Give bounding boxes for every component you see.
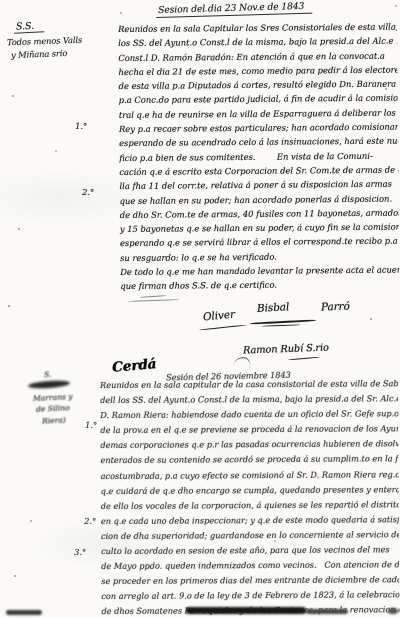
bottom-ink-smudge: [388, 608, 398, 614]
body-line: acostumbrada, p.a cuyo efecto se comisio…: [101, 467, 399, 484]
signature-flourish: [288, 357, 320, 361]
session2-item-number-1: 1.°: [85, 421, 97, 431]
margin-ink-blob: [28, 380, 70, 390]
signature-bisbal: Bisbal: [257, 301, 290, 315]
signature-flourish: [128, 299, 180, 302]
paper-specks: [12, 95, 14, 97]
session1-item-number-1: 1.°: [75, 122, 87, 132]
signature-flourish: [140, 295, 166, 298]
session1-heading: Sesion del dia 23 Nov.e de 1843: [156, 1, 313, 18]
margin-note-illegible-4: Riera): [42, 415, 66, 425]
margin-note-illegible-2: Marrans y: [33, 392, 73, 403]
margin-note-illegible-3: de Silino: [36, 403, 70, 414]
session1-item-number-2: 2.°: [82, 188, 94, 198]
signature-parro: Parró: [321, 301, 350, 314]
bottom-ink-smudge: [6, 610, 42, 615]
body-line: De todo lo q.e me han mandado levantar l…: [120, 263, 399, 280]
session2-side-word: Cerdá: [111, 356, 156, 376]
session1-body: Reunidos en la sala Capitular los Sres C…: [118, 20, 399, 294]
body-line: de ello los vocales de la corporacion, á…: [101, 497, 399, 514]
session2-item-number-2: 2.°: [84, 517, 96, 527]
signature-secretary: Ramon Rubí S.rio: [243, 343, 329, 357]
session1-margin-attendees-heading: S.S.: [14, 20, 45, 34]
session2-item-number-3: 3.°: [74, 548, 86, 558]
bottom-ink-smudge: [306, 609, 348, 614]
body-line: enterados de su contenido se acordó se p…: [100, 452, 398, 469]
body-line: esperando q.e se servirá librar á ellos …: [120, 234, 399, 251]
signature-oliver: Oliver: [203, 309, 236, 324]
body-line: q.e cuidará de q.e dho encargo se cumpla…: [101, 482, 399, 499]
margin-note-illegible-1: S.: [44, 370, 52, 379]
body-line: que firman dhos S.S. de q.e certifico.: [120, 277, 399, 294]
bottom-ink-smudge: [186, 607, 306, 614]
session1-margin-attendees-line1: Todos menos Valls: [7, 35, 82, 48]
signature-flourish: [262, 324, 300, 326]
signature-flourish: [199, 324, 247, 330]
heading-flourish: [233, 356, 251, 369]
body-line: en q.e cada uno deba inspeccionar; y q.e…: [101, 512, 399, 529]
session2-body: Reunidos en la sala capitular de la casa…: [100, 376, 399, 618]
manuscript-page: Sesion del dia 23 Nov.e de 1843 S.S. Tod…: [0, 0, 400, 618]
session1-margin-attendees-line2: y Miñana srio: [11, 48, 68, 60]
